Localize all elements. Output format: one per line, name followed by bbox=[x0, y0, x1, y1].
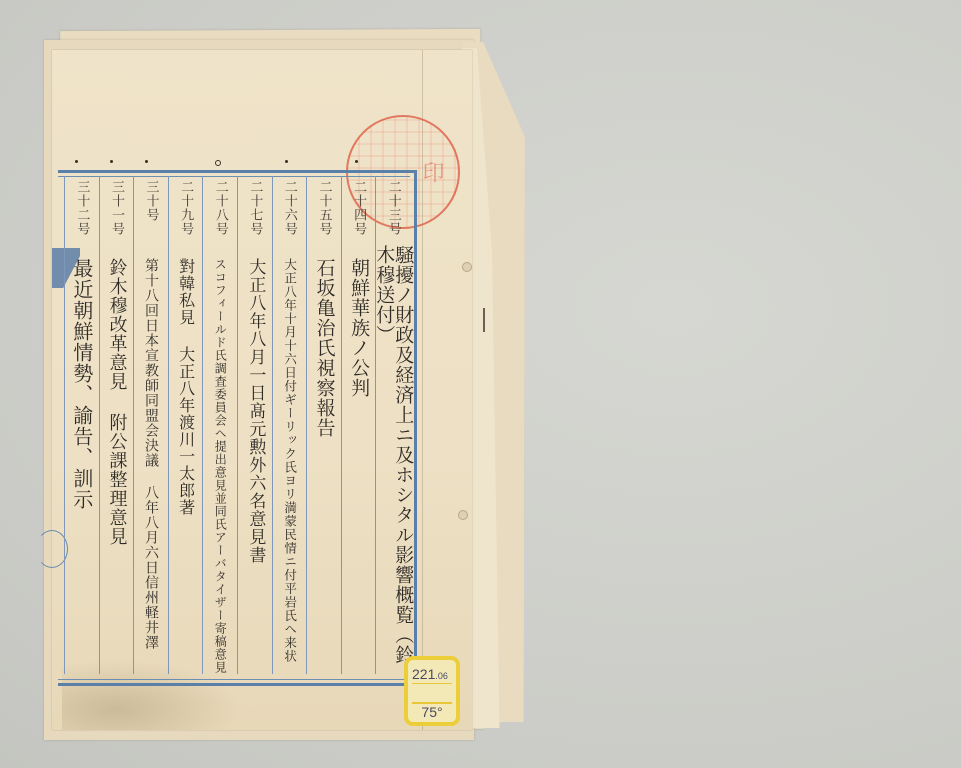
entry-title: 大正八年十月十六日付ギーリック氏ヨリ満蒙民情ニ付平岩氏ヘ来状 bbox=[283, 258, 296, 663]
entry-number: 二十七号 bbox=[248, 180, 261, 252]
entry-title: 第十八回日本宣教師同盟会決議 八年八月六日信州軽井澤 bbox=[144, 258, 158, 650]
entry-number: 二十三号 bbox=[387, 180, 400, 239]
entry-title: 對韓私見 大正八年渡川一太郎著 bbox=[178, 258, 194, 516]
entry-number: 三十二号 bbox=[75, 180, 88, 252]
entry-title: 鈴木穆改革意見 附公課整理意見 bbox=[107, 258, 125, 546]
entry-number: 二十六号 bbox=[283, 180, 296, 252]
entry-title: 最近朝鮮情勢、諭告、訓示 bbox=[72, 258, 92, 510]
entry-number: 三十一号 bbox=[110, 180, 123, 252]
pencil-mark bbox=[483, 308, 485, 332]
entry-number: 二十五号 bbox=[318, 180, 331, 252]
contents-columns: 二十三号 騒擾ノ財政及経済上ニ及ホシタル影響概覧（鈴木穆送付） 二十四号 朝鮮華… bbox=[64, 176, 410, 674]
entry-column: 二十六号 大正八年十月十六日付ギーリック氏ヨリ満蒙民情ニ付平岩氏ヘ来状 bbox=[272, 176, 307, 674]
entry-number: 三十号 bbox=[145, 180, 158, 252]
entry-title: 石坂亀治氏視察報告 bbox=[315, 258, 334, 438]
entry-number: 二十四号 bbox=[352, 180, 365, 252]
entry-column: 二十四号 朝鮮華族ノ公判 bbox=[341, 176, 376, 674]
entry-column: 二十五号 石坂亀治氏視察報告 bbox=[306, 176, 341, 674]
paper-hole bbox=[462, 262, 472, 272]
entry-title: 朝鮮華族ノ公判 bbox=[349, 258, 368, 398]
paper-hole bbox=[458, 510, 468, 520]
entry-column: 二十九号 對韓私見 大正八年渡川一太郎著 bbox=[168, 176, 203, 674]
entry-column: 二十七号 大正八年八月一日髙元勲外六名意見書 bbox=[237, 176, 272, 674]
call-number-class: 221.06 bbox=[412, 666, 452, 684]
entry-column: 三十号 第十八回日本宣教師同盟会決議 八年八月六日信州軽井澤 bbox=[133, 176, 168, 674]
call-number-label: 221.06 75° bbox=[404, 656, 460, 726]
entry-number: 二十九号 bbox=[179, 180, 192, 252]
entry-number: 二十八号 bbox=[214, 180, 227, 252]
entry-column: 二十八号 スコフィールド氏調査委員会ヘ提出意見並同氏アーバタイザー寄稿意見 bbox=[202, 176, 237, 674]
entry-column: 二十三号 騒擾ノ財政及経済上ニ及ホシタル影響概覧（鈴木穆送付） bbox=[375, 176, 410, 674]
entry-title: スコフィールド氏調査委員会ヘ提出意見並同氏アーバタイザー寄稿意見 bbox=[214, 258, 226, 674]
entry-column: 三十二号 最近朝鮮情勢、諭告、訓示 bbox=[64, 176, 99, 674]
entry-title: 騒擾ノ財政及経済上ニ及ホシタル影響概覧（鈴木穆送付） bbox=[374, 245, 412, 674]
call-number-item: 75° bbox=[412, 704, 452, 720]
entry-column: 三十一号 鈴木穆改革意見 附公課整理意見 bbox=[99, 176, 134, 674]
entry-title: 大正八年八月一日髙元勲外六名意見書 bbox=[246, 258, 263, 564]
